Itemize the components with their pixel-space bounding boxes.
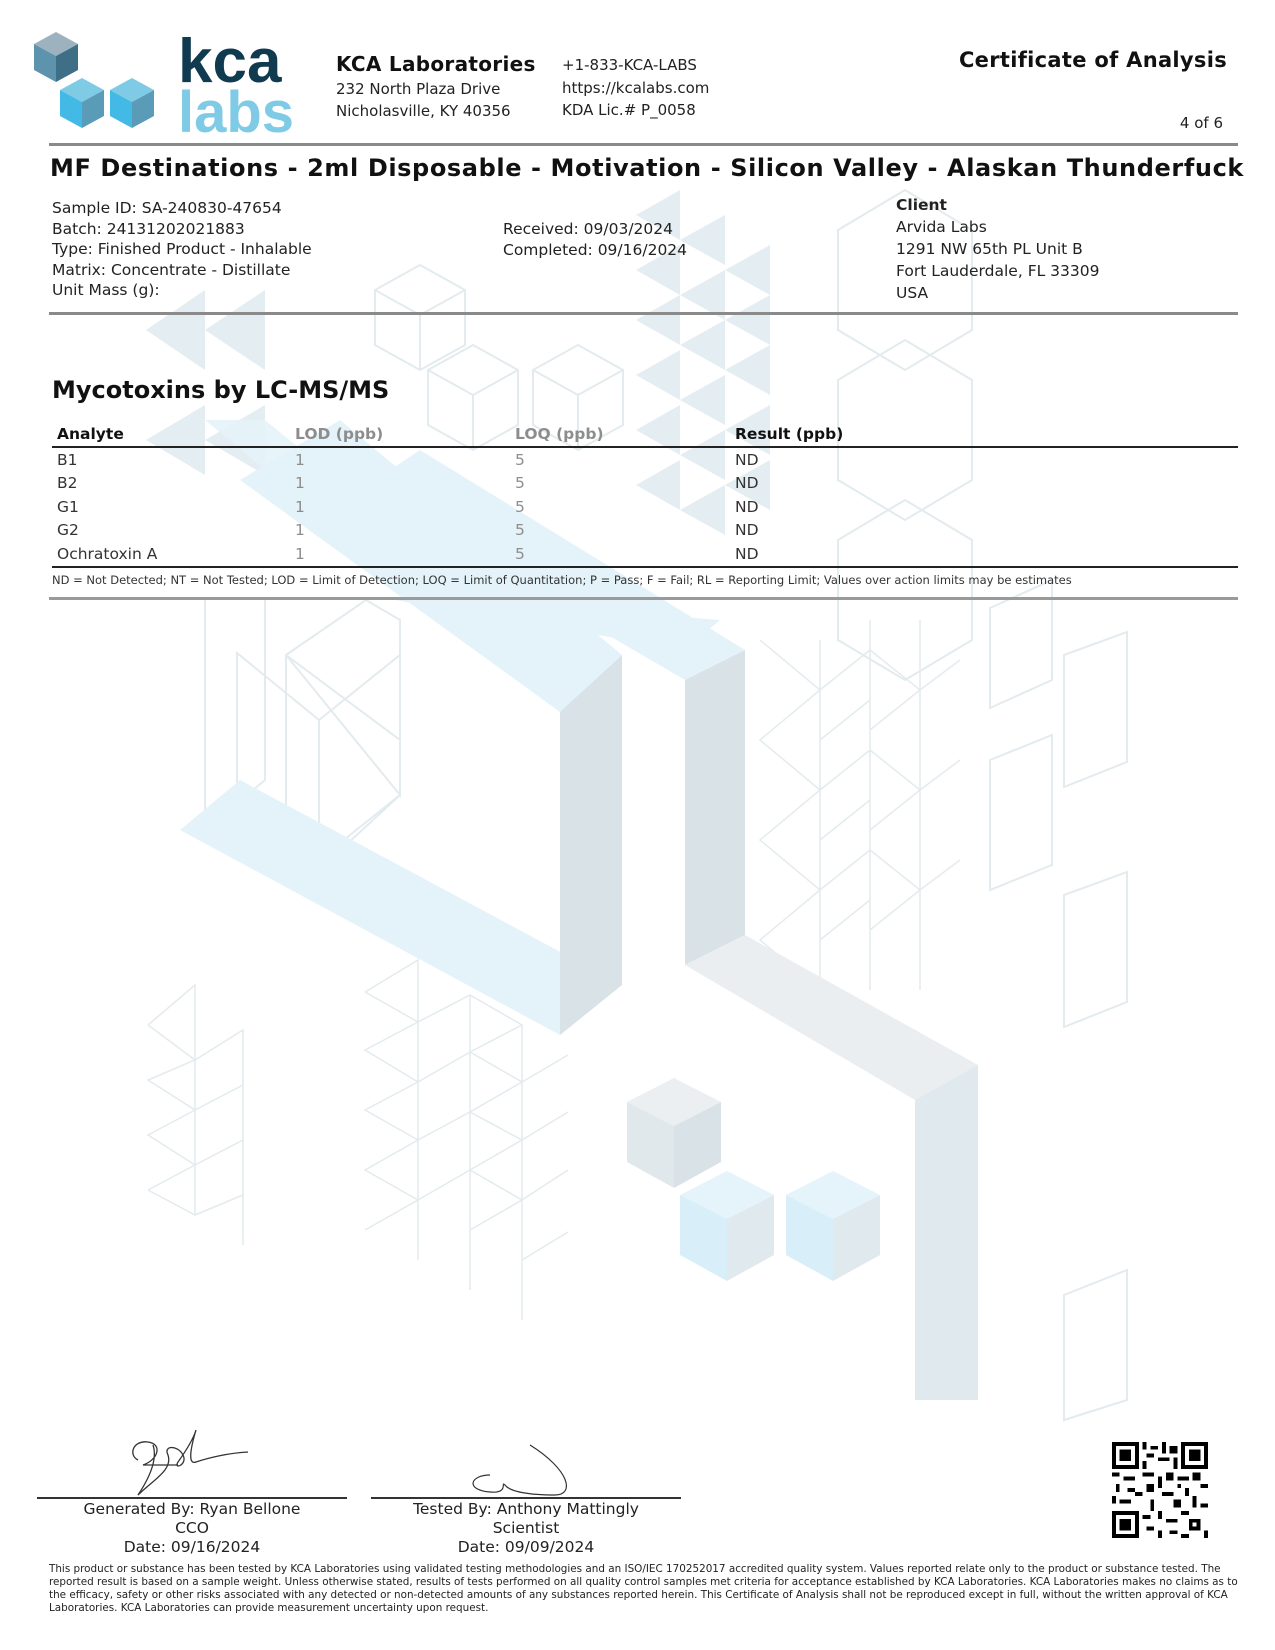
completed-date: Completed: 09/16/2024 [503,240,687,261]
analyte-cell: Ochratoxin A [52,542,290,567]
lab-website-link[interactable]: https://kcalabs.com [562,79,709,97]
lab-address-line1: 232 North Plaza Drive [336,80,500,98]
loq-cell: 5 [510,495,730,519]
table-row: G2 1 5 ND [52,519,1238,543]
signature-line-tested [371,1497,681,1499]
matrix: Matrix: Concentrate - Distillate [52,260,312,281]
mycotoxins-table: Analyte LOD (ppb) LOQ (ppb) Result (ppb)… [52,422,1238,568]
unit-mass: Unit Mass (g): [52,280,312,301]
signature-anthony-mattingly [460,1440,590,1500]
analyte-cell: B1 [52,447,290,472]
lod-cell: 1 [290,495,510,519]
svg-text:labs: labs [178,80,294,136]
received-date: Received: 09/03/2024 [503,219,687,240]
info-divider [49,312,1238,315]
result-cell: ND [730,519,1238,543]
client-info: Client Arvida Labs 1291 NW 65th PL Unit … [896,194,1099,304]
loq-cell: 5 [510,519,730,543]
abbreviations-legend: ND = Not Detected; NT = Not Tested; LOD … [52,573,1072,587]
client-label: Client [896,194,1099,216]
product-title: MF Destinations - 2ml Disposable - Motiv… [50,154,1244,182]
tested-by-date: Date: 09/09/2024 [371,1538,681,1557]
lod-cell: 1 [290,447,510,472]
column-header-analyte: Analyte [52,422,290,447]
result-cell: ND [730,472,1238,496]
analyte-cell: G1 [52,495,290,519]
column-header-result: Result (ppb) [730,422,1238,447]
table-row: G1 1 5 ND [52,495,1238,519]
table-row: B1 1 5 ND [52,447,1238,472]
loq-cell: 5 [510,472,730,496]
lab-phone: +1-833-KCA-LABS [562,56,697,74]
lab-address-line2: Nicholasville, KY 40356 [336,102,511,120]
lod-cell: 1 [290,472,510,496]
analyte-cell: G2 [52,519,290,543]
lab-name: KCA Laboratories [336,52,536,76]
column-header-loq: LOQ (ppb) [510,422,730,447]
result-cell: ND [730,495,1238,519]
generated-by-block: Generated By: Ryan Bellone CCO Date: 09/… [37,1500,347,1557]
batch: Batch: 24131202021883 [52,219,312,240]
generated-by-name: Generated By: Ryan Bellone [37,1500,347,1519]
three-cubes-logo-icon [34,32,154,128]
client-city: Fort Lauderdale, FL 33309 [896,260,1099,282]
generated-by-date: Date: 09/16/2024 [37,1538,347,1557]
analyte-cell: B2 [52,472,290,496]
signature-line-generated [37,1497,347,1499]
sample-id: Sample ID: SA-240830-47654 [52,198,312,219]
client-country: USA [896,282,1099,304]
tested-by-name: Tested By: Anthony Mattingly [371,1500,681,1519]
result-cell: ND [730,447,1238,472]
loq-cell: 5 [510,447,730,472]
signature-ryan-bellone [118,1420,268,1500]
document-title: Certificate of Analysis [959,48,1227,72]
legal-disclaimer: This product or substance has been teste… [49,1563,1239,1615]
section-title: Mycotoxins by LC-MS/MS [52,376,389,404]
lab-license: KDA Lic.# P_0058 [562,101,696,119]
client-name: Arvida Labs [896,216,1099,238]
result-cell: ND [730,542,1238,567]
generated-by-title: CCO [37,1519,347,1538]
lod-cell: 1 [290,519,510,543]
table-row: Ochratoxin A 1 5 ND [52,542,1238,567]
tested-by-block: Tested By: Anthony Mattingly Scientist D… [371,1500,681,1557]
client-street: 1291 NW 65th PL Unit B [896,238,1099,260]
sample-info: Sample ID: SA-240830-47654 Batch: 241312… [52,198,312,301]
section-divider [49,597,1238,600]
column-header-lod: LOD (ppb) [290,422,510,447]
kca-labs-logo: kca labs [32,28,302,136]
header-divider [49,143,1238,146]
dates-info: Received: 09/03/2024 Completed: 09/16/20… [503,219,687,260]
sample-type: Type: Finished Product - Inhalable [52,239,312,260]
lod-cell: 1 [290,542,510,567]
page-number: 4 of 6 [1180,114,1223,132]
table-row: B2 1 5 ND [52,472,1238,496]
tested-by-title: Scientist [371,1519,681,1538]
qr-code-icon[interactable] [1112,1442,1208,1538]
table-header-row: Analyte LOD (ppb) LOQ (ppb) Result (ppb) [52,422,1238,447]
loq-cell: 5 [510,542,730,567]
